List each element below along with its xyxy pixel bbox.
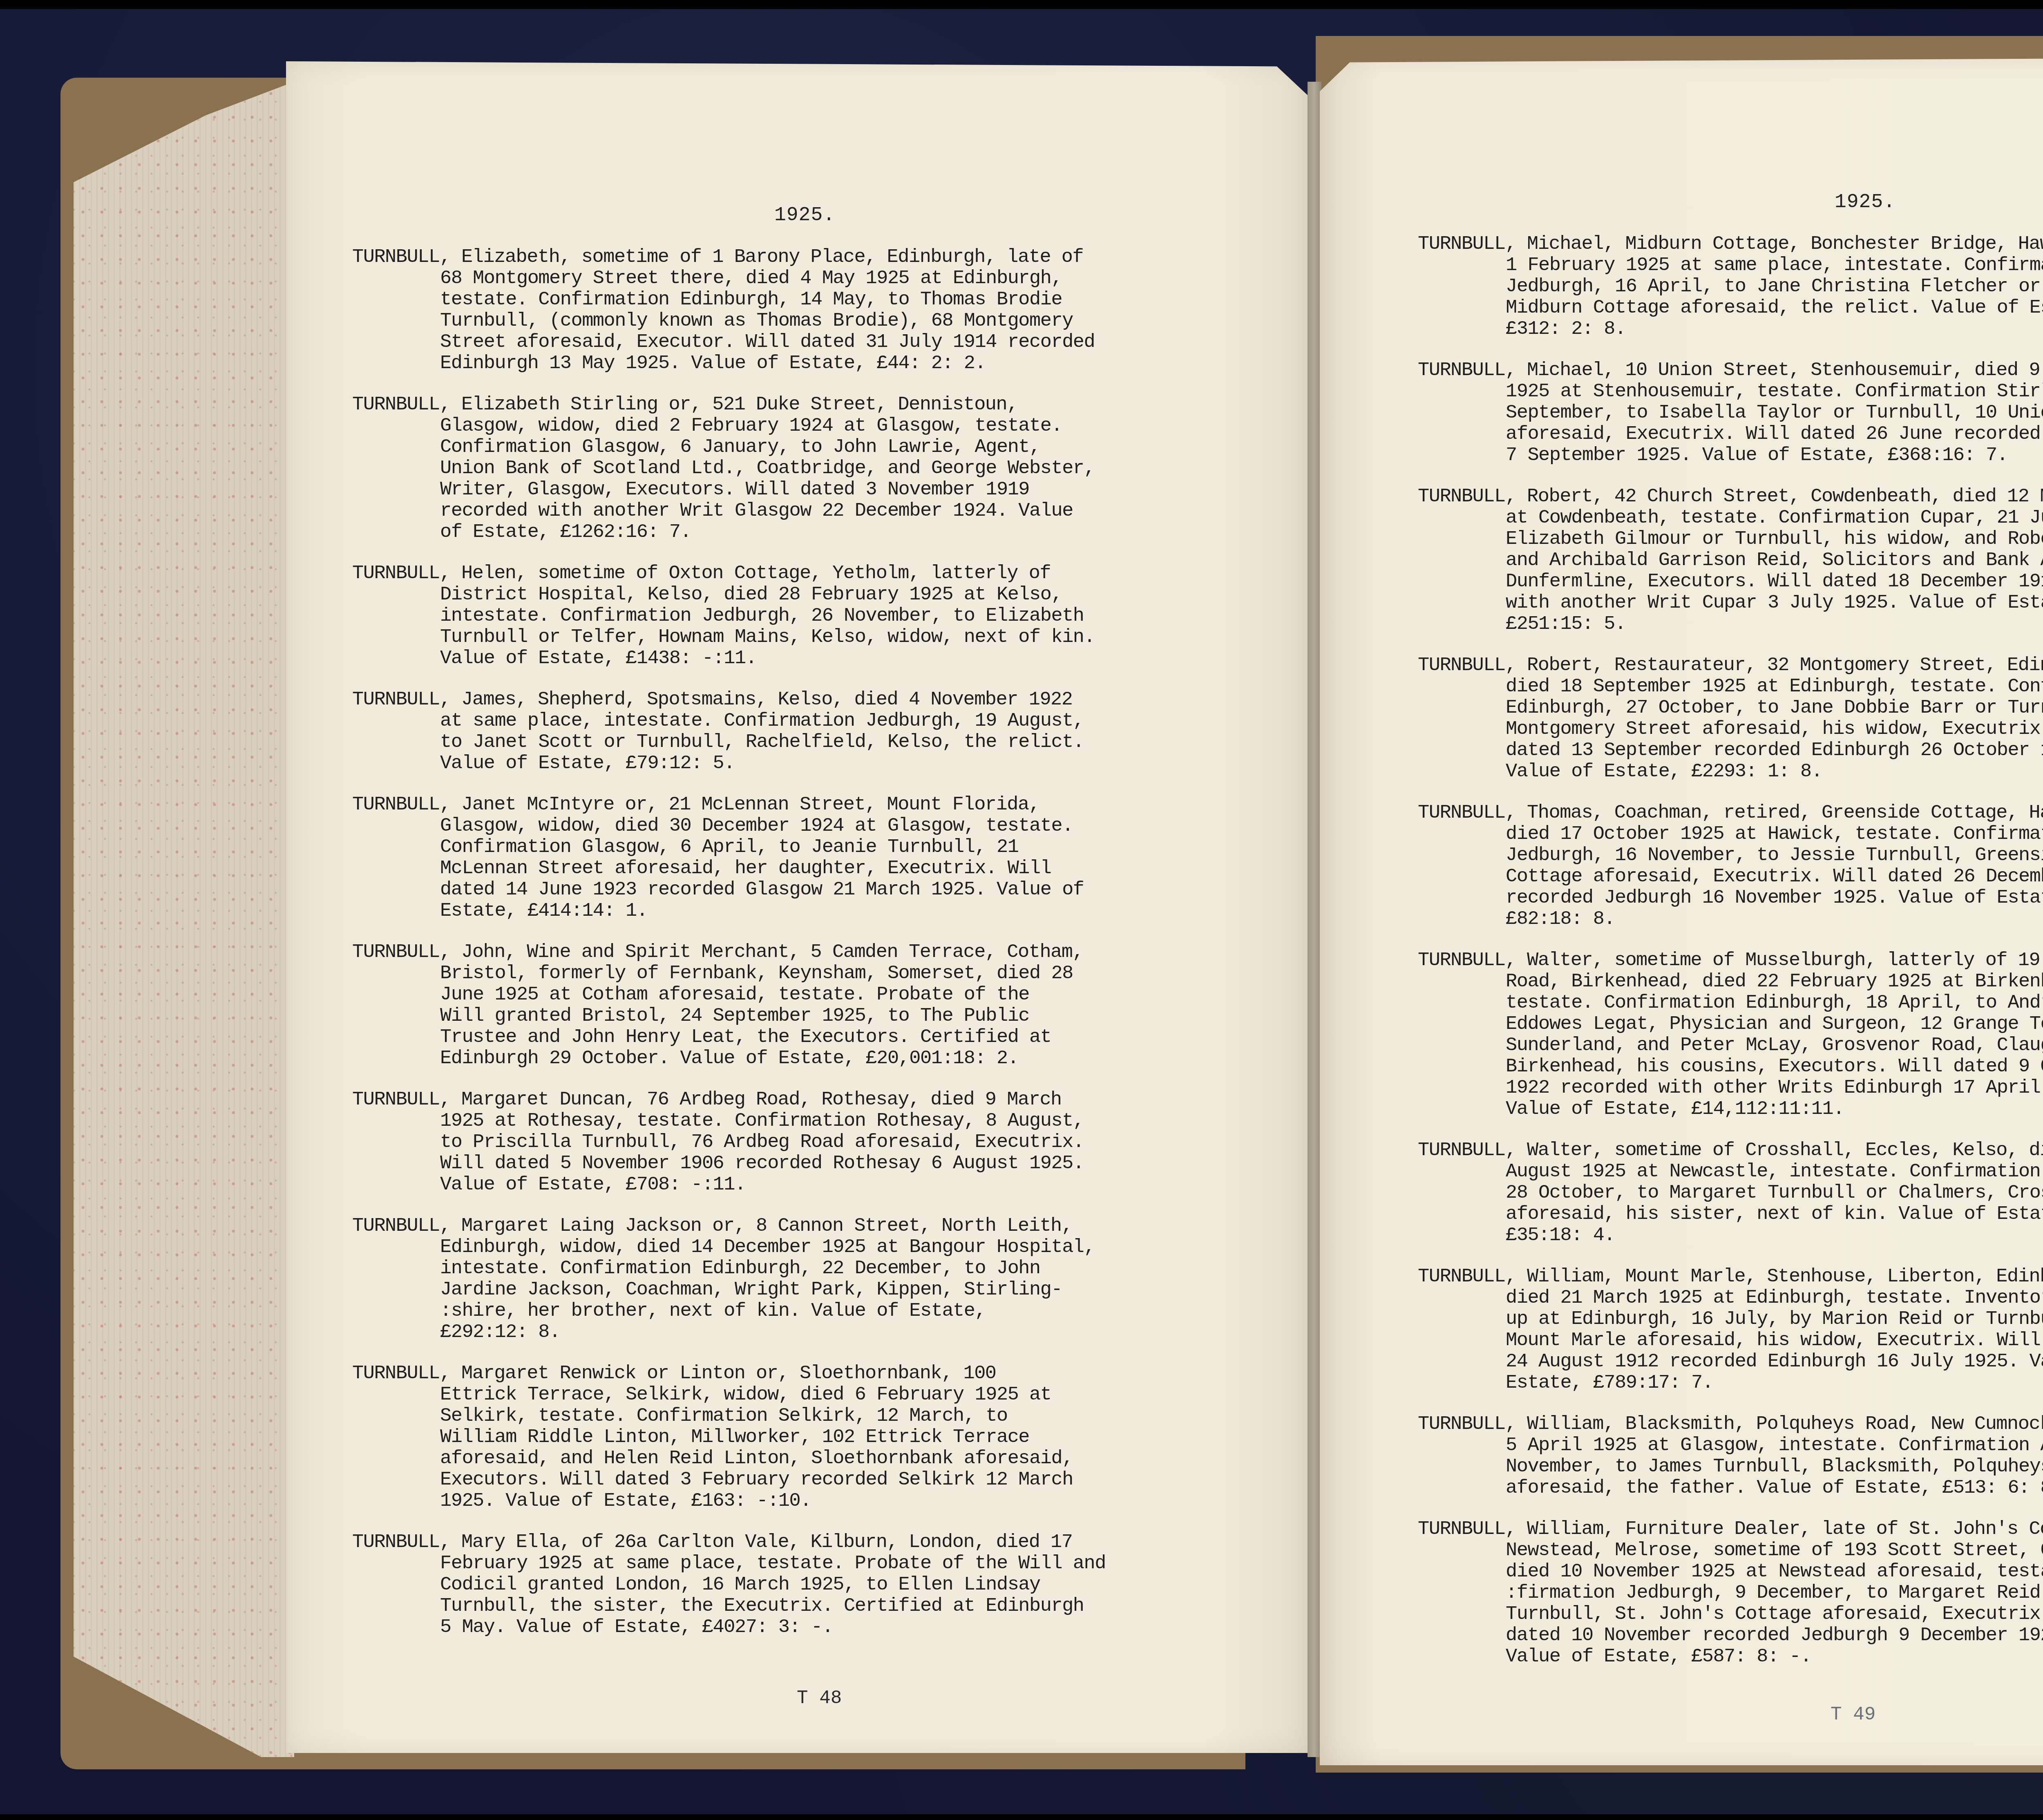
entry-line: to Janet Scott or Turnbull, Rachelfield,… <box>352 732 1251 753</box>
entry-line: Union Bank of Scotland Ltd., Coatbridge,… <box>352 458 1251 479</box>
entry-line: Value of Estate, £587: 8: -. <box>1418 1646 2043 1668</box>
entry-line: intestate. Confirmation Edinburgh, 22 De… <box>352 1258 1251 1279</box>
register-entry: TURNBULL, Michael, Midburn Cottage, Bonc… <box>1418 234 2043 340</box>
entry-line: TURNBULL, Walter, sometime of Crosshall,… <box>1418 1140 2043 1161</box>
register-entry: TURNBULL, Margaret Renwick or Linton or,… <box>352 1363 1251 1512</box>
register-entry: TURNBULL, Robert, Restaurateur, 32 Montg… <box>1418 655 2043 783</box>
left-page-entry-list: TURNBULL, Elizabeth, sometime of 1 Baron… <box>352 247 1251 1658</box>
entry-line: TURNBULL, John, Wine and Spirit Merchant… <box>352 942 1251 963</box>
entry-line: Turnbull or Telfer, Hownam Mains, Kelso,… <box>352 627 1251 648</box>
entry-line: Edinburgh, widow, died 14 December 1925 … <box>352 1237 1251 1258</box>
register-entry: TURNBULL, William, Mount Marle, Stenhous… <box>1418 1266 2043 1394</box>
entry-line: aforesaid, and Helen Reid Linton, Sloeth… <box>352 1448 1251 1469</box>
entry-line: :firmation Jedburgh, 9 December, to Marg… <box>1418 1583 2043 1604</box>
entry-line: William Riddle Linton, Millworker, 102 E… <box>352 1427 1251 1448</box>
entry-line: Will granted Bristol, 24 September 1925,… <box>352 1006 1251 1027</box>
entry-line: died 18 September 1925 at Edinburgh, tes… <box>1418 676 2043 698</box>
entry-line: :shire, her brother, next of kin. Value … <box>352 1301 1251 1322</box>
left-page-year-heading: 1925. <box>774 204 835 226</box>
entry-line: £292:12: 8. <box>352 1322 1251 1343</box>
entry-line: Value of Estate, £1438: -:11. <box>352 648 1251 669</box>
entry-line: Glasgow, widow, died 30 December 1924 at… <box>352 816 1251 837</box>
entry-line: District Hospital, Kelso, died 28 Februa… <box>352 584 1251 606</box>
entry-line: 24 August 1912 recorded Edinburgh 16 Jul… <box>1418 1351 2043 1373</box>
entry-line: TURNBULL, Mary Ella, of 26a Carlton Vale… <box>352 1532 1251 1553</box>
entry-line: £312: 2: 8. <box>1418 319 2043 340</box>
entry-line: testate. Confirmation Edinburgh, 18 Apri… <box>1418 993 2043 1014</box>
entry-line: of Estate, £1262:16: 7. <box>352 522 1251 543</box>
register-entry: TURNBULL, Robert, 42 Church Street, Cowd… <box>1418 486 2043 635</box>
left-page-folio-number: T 48 <box>797 1688 842 1709</box>
entry-line: September, to Isabella Taylor or Turnbul… <box>1418 402 2043 424</box>
register-entry: TURNBULL, Margaret Laing Jackson or, 8 C… <box>352 1216 1251 1343</box>
entry-line: Street aforesaid, Executor. Will dated 3… <box>352 332 1251 353</box>
entry-line: 1925. Value of Estate, £163: -:10. <box>352 1491 1251 1512</box>
entry-line: Jardine Jackson, Coachman, Wright Park, … <box>352 1279 1251 1301</box>
entry-line: Codicil granted London, 16 March 1925, t… <box>352 1574 1251 1596</box>
entry-line: February 1925 at same place, testate. Pr… <box>352 1553 1251 1574</box>
entry-line: Cottage aforesaid, Executrix. Will dated… <box>1418 866 2043 888</box>
entry-line: TURNBULL, Elizabeth Stirling or, 521 Duk… <box>352 394 1251 416</box>
entry-line: 5 April 1925 at Glasgow, intestate. Conf… <box>1418 1435 2043 1456</box>
entry-line: 28 October, to Margaret Turnbull or Chal… <box>1418 1183 2043 1204</box>
entry-line: TURNBULL, William, Blacksmith, Polquheys… <box>1418 1414 2043 1435</box>
scan-border-bottom <box>0 1814 2043 1820</box>
right-page-entry-list: TURNBULL, Michael, Midburn Cottage, Bonc… <box>1418 234 2043 1688</box>
entry-line: dated 13 September recorded Edinburgh 26… <box>1418 740 2043 761</box>
entry-line: 1 February 1925 at same place, intestate… <box>1418 255 2043 276</box>
entry-line: at Cowdenbeath, testate. Confirmation Cu… <box>1418 508 2043 529</box>
page-stack-edge-left <box>74 82 294 1757</box>
entry-line: Bristol, formerly of Fernbank, Keynsham,… <box>352 963 1251 984</box>
entry-line: Confirmation Glasgow, 6 April, to Jeanie… <box>352 837 1251 858</box>
entry-line: 1925 at Stenhousemuir, testate. Confirma… <box>1418 381 2043 402</box>
entry-line: Trustee and John Henry Leat, the Executo… <box>352 1027 1251 1048</box>
entry-line: Elizabeth Gilmour or Turnbull, his widow… <box>1418 529 2043 550</box>
entry-line: died 17 October 1925 at Hawick, testate.… <box>1418 824 2043 845</box>
entry-line: Road, Birkenhead, died 22 February 1925 … <box>1418 971 2043 993</box>
entry-line: TURNBULL, Margaret Renwick or Linton or,… <box>352 1363 1251 1384</box>
entry-line: recorded Jedburgh 16 November 1925. Valu… <box>1418 888 2043 909</box>
entry-line: TURNBULL, William, Furniture Dealer, lat… <box>1418 1519 2043 1540</box>
entry-line: £251:15: 5. <box>1418 614 2043 635</box>
register-entry: TURNBULL, John, Wine and Spirit Merchant… <box>352 942 1251 1069</box>
register-entry: TURNBULL, Walter, sometime of Crosshall,… <box>1418 1140 2043 1246</box>
entry-line: June 1925 at Cotham aforesaid, testate. … <box>352 984 1251 1006</box>
entry-line: died 10 November 1925 at Newstead afores… <box>1418 1561 2043 1583</box>
entry-line: Confirmation Glasgow, 6 January, to John… <box>352 437 1251 458</box>
entry-line: and Archibald Garrison Reid, Solicitors … <box>1418 550 2043 571</box>
entry-line: Edinburgh 13 May 1925. Value of Estate, … <box>352 353 1251 374</box>
entry-line: Jedburgh, 16 April, to Jane Christina Fl… <box>1418 276 2043 297</box>
entry-line: Eddowes Legat, Physician and Surgeon, 12… <box>1418 1014 2043 1035</box>
entry-line: TURNBULL, James, Shepherd, Spotsmains, K… <box>352 689 1251 711</box>
entry-line: TURNBULL, Margaret Laing Jackson or, 8 C… <box>352 1216 1251 1237</box>
register-entry: TURNBULL, Helen, sometime of Oxton Cotta… <box>352 563 1251 669</box>
entry-line: Birkenhead, his cousins, Executors. Will… <box>1418 1056 2043 1078</box>
entry-line: Estate, £414:14: 1. <box>352 901 1251 922</box>
entry-line: Estate, £789:17: 7. <box>1418 1373 2043 1394</box>
entry-line: TURNBULL, William, Mount Marle, Stenhous… <box>1418 1266 2043 1288</box>
book-gutter <box>1308 82 1321 1757</box>
entry-line: TURNBULL, Janet McIntyre or, 21 McLennan… <box>352 794 1251 816</box>
entry-line: at same place, intestate. Confirmation J… <box>352 711 1251 732</box>
entry-line: 68 Montgomery Street there, died 4 May 1… <box>352 268 1251 289</box>
entry-line: TURNBULL, Robert, Restaurateur, 32 Montg… <box>1418 655 2043 676</box>
entry-line: dated 14 June 1923 recorded Glasgow 21 M… <box>352 879 1251 901</box>
entry-line: Executors. Will dated 3 February recorde… <box>352 1469 1251 1491</box>
entry-line: November, to James Turnbull, Blacksmith,… <box>1418 1456 2043 1478</box>
entry-line: Newstead, Melrose, sometime of 193 Scott… <box>1418 1540 2043 1561</box>
entry-line: McLennan Street aforesaid, her daughter,… <box>352 858 1251 879</box>
entry-line: intestate. Confirmation Jedburgh, 26 Nov… <box>352 606 1251 627</box>
entry-line: Turnbull, St. John's Cottage aforesaid, … <box>1418 1604 2043 1625</box>
entry-line: £82:18: 8. <box>1418 909 2043 930</box>
register-entry: TURNBULL, Janet McIntyre or, 21 McLennan… <box>352 794 1251 922</box>
entry-line: aforesaid, Executrix. Will dated 26 June… <box>1418 424 2043 445</box>
register-entry: TURNBULL, William, Furniture Dealer, lat… <box>1418 1519 2043 1668</box>
entry-line: dated 10 November recorded Jedburgh 9 De… <box>1418 1625 2043 1646</box>
register-entry: TURNBULL, Margaret Duncan, 76 Ardbeg Roa… <box>352 1089 1251 1196</box>
entry-line: TURNBULL, Margaret Duncan, 76 Ardbeg Roa… <box>352 1089 1251 1111</box>
entry-line: 5 May. Value of Estate, £4027: 3: -. <box>352 1617 1251 1638</box>
entry-line: Writer, Glasgow, Executors. Will dated 3… <box>352 479 1251 501</box>
entry-line: aforesaid, his sister, next of kin. Valu… <box>1418 1204 2043 1225</box>
entry-line: Glasgow, widow, died 2 February 1924 at … <box>352 416 1251 437</box>
entry-line: Jedburgh, 16 November, to Jessie Turnbul… <box>1418 845 2043 866</box>
register-entry: TURNBULL, Thomas, Coachman, retired, Gre… <box>1418 803 2043 930</box>
register-entry: TURNBULL, William, Blacksmith, Polquheys… <box>1418 1414 2043 1499</box>
entry-line: 7 September 1925. Value of Estate, £368:… <box>1418 445 2043 466</box>
entry-line: Montgomery Street aforesaid, his widow, … <box>1418 719 2043 740</box>
entry-line: Edinburgh, 27 October, to Jane Dobbie Ba… <box>1418 698 2043 719</box>
entry-line: TURNBULL, Helen, sometime of Oxton Cotta… <box>352 563 1251 584</box>
entry-line: TURNBULL, Michael, Midburn Cottage, Bonc… <box>1418 234 2043 255</box>
entry-line: Will dated 5 November 1906 recorded Roth… <box>352 1153 1251 1174</box>
entry-line: Value of Estate, £79:12: 5. <box>352 753 1251 774</box>
entry-line: Value of Estate, £708: -:11. <box>352 1174 1251 1196</box>
entry-line: Sunderland, and Peter McLay, Grosvenor R… <box>1418 1035 2043 1056</box>
entry-line: TURNBULL, Thomas, Coachman, retired, Gre… <box>1418 803 2043 824</box>
right-page-year-heading: 1925. <box>1835 191 1895 213</box>
entry-line: 1922 recorded with other Writs Edinburgh… <box>1418 1078 2043 1099</box>
entry-line: Ettrick Terrace, Selkirk, widow, died 6 … <box>352 1384 1251 1406</box>
entry-line: 1925 at Rothesay, testate. Confirmation … <box>352 1111 1251 1132</box>
entry-line: Value of Estate, £2293: 1: 8. <box>1418 761 2043 783</box>
entry-line: recorded with another Writ Glasgow 22 De… <box>352 501 1251 522</box>
entry-line: up at Edinburgh, 16 July, by Marion Reid… <box>1418 1309 2043 1330</box>
entry-line: with another Writ Cupar 3 July 1925. Val… <box>1418 593 2043 614</box>
entry-line: Dunfermline, Executors. Will dated 18 De… <box>1418 571 2043 593</box>
entry-line: TURNBULL, Robert, 42 Church Street, Cowd… <box>1418 486 2043 508</box>
entry-line: Mount Marle aforesaid, his widow, Execut… <box>1418 1330 2043 1351</box>
entry-line: died 21 March 1925 at Edinburgh, testate… <box>1418 1288 2043 1309</box>
entry-line: aforesaid, the father. Value of Estate, … <box>1418 1478 2043 1499</box>
entry-line: Midburn Cottage aforesaid, the relict. V… <box>1418 297 2043 319</box>
entry-line: testate. Confirmation Edinburgh, 14 May,… <box>352 289 1251 311</box>
register-entry: TURNBULL, Mary Ella, of 26a Carlton Vale… <box>352 1532 1251 1638</box>
register-entry: TURNBULL, Elizabeth, sometime of 1 Baron… <box>352 247 1251 374</box>
entry-line: Turnbull, (commonly known as Thomas Brod… <box>352 311 1251 332</box>
entry-line: to Priscilla Turnbull, 76 Ardbeg Road af… <box>352 1132 1251 1153</box>
register-entry: TURNBULL, Walter, sometime of Musselburg… <box>1418 950 2043 1120</box>
entry-line: Value of Estate, £14,112:11:11. <box>1418 1099 2043 1120</box>
entry-line: TURNBULL, Walter, sometime of Musselburg… <box>1418 950 2043 971</box>
entry-line: TURNBULL, Michael, 10 Union Street, Sten… <box>1418 360 2043 381</box>
entry-line: Edinburgh 29 October. Value of Estate, £… <box>352 1048 1251 1069</box>
entry-line: August 1925 at Newcastle, intestate. Con… <box>1418 1161 2043 1183</box>
register-entry: TURNBULL, James, Shepherd, Spotsmains, K… <box>352 689 1251 774</box>
entry-line: TURNBULL, Elizabeth, sometime of 1 Baron… <box>352 247 1251 268</box>
register-entry: TURNBULL, Elizabeth Stirling or, 521 Duk… <box>352 394 1251 543</box>
right-page-folio-number: T 49 <box>1831 1704 1875 1725</box>
entry-line: Selkirk, testate. Confirmation Selkirk, … <box>352 1406 1251 1427</box>
entry-line: £35:18: 4. <box>1418 1225 2043 1246</box>
register-entry: TURNBULL, Michael, 10 Union Street, Sten… <box>1418 360 2043 466</box>
entry-line: Turnbull, the sister, the Executrix. Cer… <box>352 1596 1251 1617</box>
scan-border-top <box>0 0 2043 9</box>
